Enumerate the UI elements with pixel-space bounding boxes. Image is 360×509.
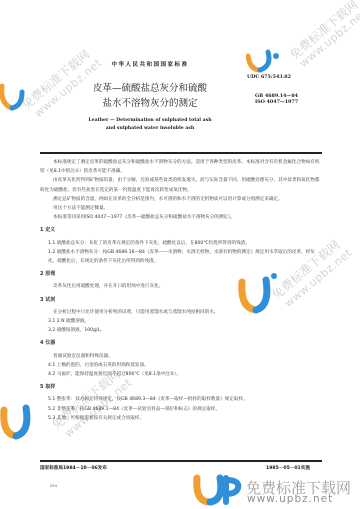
intro-paragraph: 用这个方法不能测定鞣量。 xyxy=(40,204,322,213)
clause-1-2: 1.2 硫酸盐水不溶物灰分：按GB 4689.16—84《皮革——水溶物、水溶无… xyxy=(40,248,322,266)
principle-text: 皮革灰化后用硫酸处理，并在开口的坩埚中进行灰化。 xyxy=(40,282,322,291)
document-page: 免费标准下载网 www.upbz.net 免费标准下载网 www.upbz.ne… xyxy=(0,0,360,509)
page-number: 254 xyxy=(50,484,57,488)
section-heading-principle: 2 原理 xyxy=(40,270,322,279)
up-logo-icon xyxy=(0,82,26,112)
title-line-1: 皮革—硫酸盐总灰分和硫酸 xyxy=(40,81,260,96)
effective-date: 1985－05－01实施 xyxy=(266,465,310,471)
document-title: 皮革—硫酸盐总灰分和硫酸 盐水不溶物灰分的测定 xyxy=(40,81,260,111)
clause-5-1: 5.1 整张革：双方如无特殊规定，按GB 4689.3—84《皮革—取样—批样的… xyxy=(40,395,322,404)
issued-date: 国家标准局1984－10－06发布 xyxy=(40,465,107,471)
up-logo-large-icon xyxy=(192,474,244,506)
clause-4-2: 4.2 马福炉，能保持温度接近而不超过800℃（见8.1条中注②）。 xyxy=(40,370,322,379)
section-heading-definitions: 1 定义 xyxy=(40,226,322,235)
intro-paragraph: 由皮革灰化所得到矿物质的量，由于分解、还原或某些盐类的挥发逸失，而与实际含量不同… xyxy=(40,176,322,194)
clause-4-1: 4.1 上釉的瓷的、白金的或石英的坩埚和蒸发皿。 xyxy=(40,361,322,370)
section-heading-apparatus: 4 仪器 xyxy=(40,339,322,348)
iso-code: ISO 4047—1977 xyxy=(255,99,298,105)
intro-paragraph: 测定总矿物质的含量，例如在皮革的全分析范围内，水可溶的和水不溶的无机物质可以用计… xyxy=(40,195,322,204)
country-standard-heading: 中华人民共和国国家标准 xyxy=(0,60,300,68)
intro-paragraph: 本标准等同采用ISO 4047—1977《皮革—硫酸盐总灰分和硫酸盐水不溶物灰分… xyxy=(40,213,322,222)
standard-codes: GB 4689.14—84 ISO 4047—1977 xyxy=(255,93,298,105)
english-title-line-2: and sulphated water insoluble ash xyxy=(40,125,260,133)
document-body: 本标准规定了测定皮革的硫酸盐总灰分和硫酸盐水不溶物灰分的方法。适用于各种类型的皮… xyxy=(40,158,322,423)
apparatus-text: 普通试验室仪器和特殊仪器。 xyxy=(40,352,322,361)
english-title-line-1: Leather — Determination of sulphated tot… xyxy=(40,117,260,125)
up-logo-icon xyxy=(0,400,34,442)
clause-5-2: 5.2 非整张革：按GB 4689.1—84《皮革—试验室样品—部位和标志》的规… xyxy=(40,405,322,414)
clause-5-3: 5.3 其他：可根据需要按有关规定或合同取样。 xyxy=(40,414,322,423)
section-heading-reagents: 3 试剂 xyxy=(40,296,322,305)
clause-3-1: 3.1 2 N 硫酸溶液。 xyxy=(40,317,322,326)
english-title: Leather — Determination of sulphated tot… xyxy=(40,117,260,133)
section-heading-sampling: 5 取样 xyxy=(40,383,322,392)
logo-url: www.upbz.net xyxy=(247,493,333,505)
udc-code: UDC 675:543.82 xyxy=(247,74,291,80)
clause-3-2: 3.2 硝酸铵溶液，100g/L。 xyxy=(40,326,322,335)
intro-paragraph: 本标准规定了测定皮革的硫酸盐总灰分和硫酸盐水不溶物灰分的方法。适用于各种类型的皮… xyxy=(40,158,322,176)
title-line-2: 盐水不溶物灰分的测定 xyxy=(40,96,260,111)
top-divider xyxy=(40,152,322,154)
reagents-text: 在分析过程中只允许使用分析纯的试剂，只能用蒸馏水或与蒸馏水纯度相同的水。 xyxy=(40,308,322,317)
clause-1-1: 1.1 硫酸盐总灰分：灰化了的皮革在规定的条件下灰化、硫酸化以后，在800℃灼烧… xyxy=(40,239,322,248)
bottom-divider xyxy=(40,460,322,462)
